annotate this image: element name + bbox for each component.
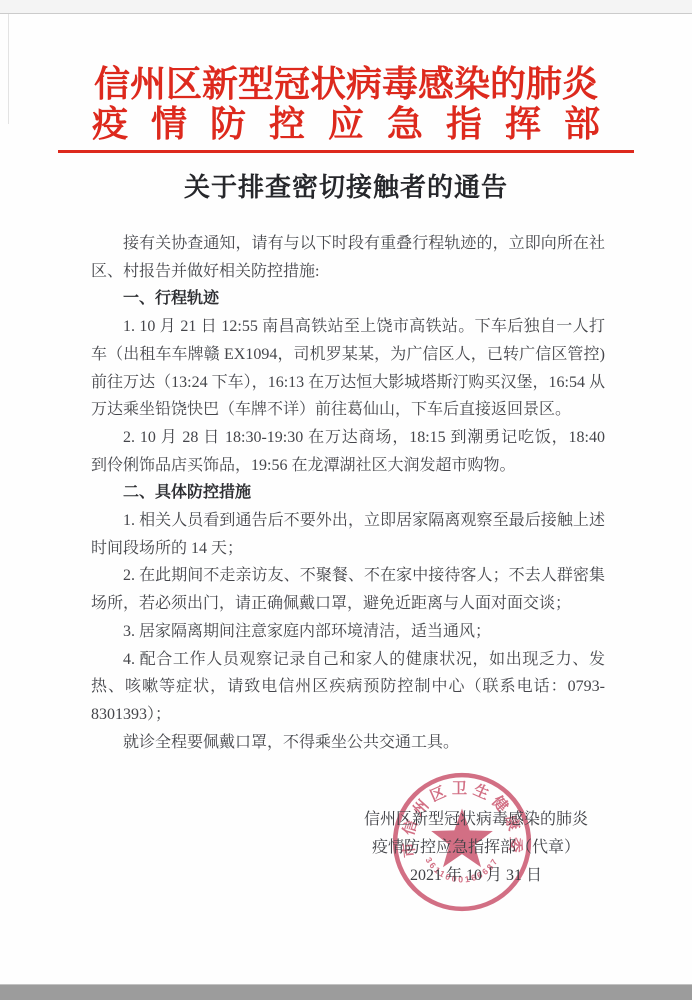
itinerary-item-2: 2. 10 月 28 日 18:30-19:30 在万达商场，18:15 到潮勇…	[91, 424, 605, 479]
scan-left-edge	[8, 14, 9, 124]
authority-name-line1: 信州区新型冠状病毒感染的肺炎	[92, 64, 600, 104]
section2-heading: 二、具体防控措施	[91, 479, 605, 507]
signature-line1: 信州区新型冠状病毒感染的肺炎	[364, 806, 588, 834]
signature-line2: 疫情防控应急指挥部（代章）	[364, 834, 588, 862]
document-title: 关于排查密切接触者的通告	[0, 167, 692, 204]
header-divider	[58, 150, 634, 153]
measure-item-1: 1. 相关人员看到通告后不要外出，立即居家隔离观察至最后接触上述时间段场所的 1…	[91, 507, 605, 562]
measure-item-4: 4. 配合工作人员观察记录自己和家人的健康状况，如出现乏力、发热、咳嗽等症状，请…	[91, 646, 605, 729]
intro-paragraph: 接有关协查通知，请有与以下时段有重叠行程轨迹的，立即向所在社区、村报告并做好相关…	[91, 230, 605, 285]
scan-bottom-edge	[0, 984, 692, 1000]
authority-name-line2: 疫情防控应急指挥部	[92, 104, 600, 144]
signature-date: 2021 年 10 月 31 日	[364, 862, 588, 890]
issuing-authority-header: 信州区新型冠状病毒感染的肺炎 疫情防控应急指挥部	[92, 64, 600, 153]
itinerary-item-1: 1. 10 月 21 日 12:55 南昌高铁站至上饶市高铁站。下车后独自一人打…	[91, 313, 605, 424]
measure-item-3: 3. 居家隔离期间注意家庭内部环境清洁，适当通风；	[91, 618, 605, 646]
document-body: 接有关协查通知，请有与以下时段有重叠行程轨迹的，立即向所在社区、村报告并做好相关…	[91, 230, 605, 756]
measure-item-2: 2. 在此期间不走亲访友、不聚餐、不在家中接待客人；不去人群密集场所，若必须出门…	[91, 562, 605, 617]
closing-paragraph: 就诊全程要佩戴口罩，不得乘坐公共交通工具。	[91, 729, 605, 757]
scan-top-edge	[0, 0, 692, 14]
signature-block: 信州区新型冠状病毒感染的肺炎 疫情防控应急指挥部（代章） 2021 年 10 月…	[364, 806, 588, 890]
section1-heading: 一、行程轨迹	[91, 285, 605, 313]
